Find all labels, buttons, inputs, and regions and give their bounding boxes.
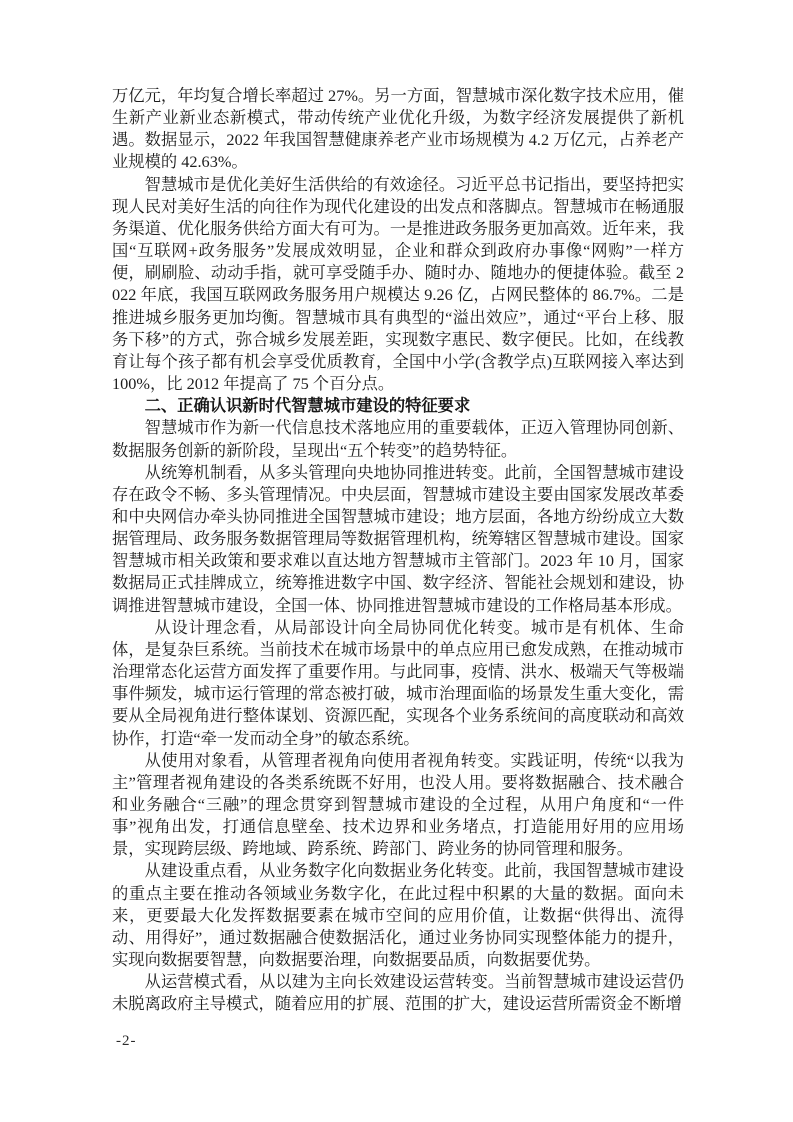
- paragraph-continuation: 万亿元，年均复合增长率超过 27%。另一方面，智慧城市深化数字技术应用，催生新产…: [112, 85, 684, 174]
- paragraph-construction-focus: 从建设重点看，从业务数字化向数据业务化转变。此前，我国智慧城市建设的重点主要在推…: [112, 860, 684, 971]
- page-number: -2-: [116, 1033, 137, 1050]
- paragraph-operation-model: 从运营模式看，从以建为主向长效建设运营转变。当前智慧城市建设运营仍未脱离政府主导…: [112, 971, 684, 1015]
- document-page: 万亿元，年均复合增长率超过 27%。另一方面，智慧城市深化数字技术应用，催生新产…: [0, 0, 793, 1122]
- paragraph-user-perspective: 从使用对象看，从管理者视角向使用者视角转变。实践证明，传统“以我为主”管理者视角…: [112, 750, 684, 861]
- section-heading: 二、正确认识新时代智慧城市建设的特征要求: [112, 395, 684, 417]
- document-body: 万亿元，年均复合增长率超过 27%。另一方面，智慧城市深化数字技术应用，催生新产…: [112, 85, 684, 1016]
- paragraph-design-concept: 从设计理念看，从局部设计向全局协同优化转变。城市是有机体、生命体，是复杂巨系统。…: [112, 617, 684, 750]
- paragraph-coordination-mechanism: 从统筹机制看，从多头管理向央地协同推进转变。此前，全国智慧城市建设存在政令不畅、…: [112, 462, 684, 617]
- paragraph-smart-city-life: 智慧城市是优化美好生活供给的有效途径。习近平总书记指出，要坚持把实现人民对美好生…: [112, 174, 684, 396]
- paragraph-five-transitions-intro: 智慧城市作为新一代信息技术落地应用的重要载体，正迈入管理协同创新、数据服务创新的…: [112, 417, 684, 461]
